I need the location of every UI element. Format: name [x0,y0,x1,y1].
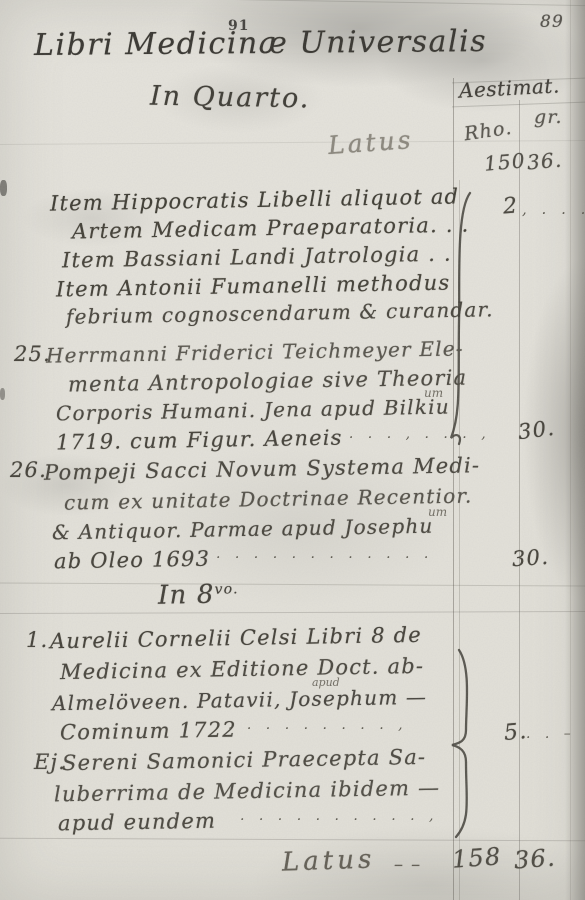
dotted-leader: . . . . , . . . , [330,426,491,442]
entry-line: Item Antonii Fumanelli methodus [56,271,451,302]
entry-line: Pompeji Sacci Novum Systema Medi- [44,453,481,485]
page-total-gr: 36. [513,844,557,875]
carried-over-label: Latus [327,125,414,160]
rule-footer [0,838,585,842]
superscript-abbreviation: um [428,505,447,519]
entry-line: Aurelii Cornelii Celsi Libri 8 de [50,623,422,653]
grouping-brace [448,648,480,840]
entry-number: 26. [10,458,47,482]
section-heading-octavo-sup: vo. [214,581,238,597]
rule-octavo-bottom [0,611,585,614]
page-title: Libri Medicinæ Universalis [34,24,487,63]
entry-line: febrium cognoscendarum & curandar. [66,297,494,328]
rule-octavo-top [0,582,585,586]
entry-line: Almelöveen. Patavii, Josephum — [52,685,428,716]
entry-line: cum ex unitate Doctrinae Recentior. [64,483,473,514]
page-total-rthlr: 158 [451,842,502,873]
price-rthlr-value: 2 [502,194,519,220]
entry-line: Artem Medicam Praeparatoria. . . [72,213,470,244]
dotted-leader: . . . . . . . . . , [228,717,408,733]
margin-ink-mark [0,388,5,400]
entry-line: Item Hippocratis Libelli aliquot ad [50,184,460,215]
dotted-leader: . . . . . . . . . . . . [216,546,433,562]
section-heading-octavo-base: In 8 [158,580,215,611]
entry-line: 1719. cum Figur. Aeneis [56,426,343,455]
estimat-column-header: Aestimat. [458,73,560,102]
entry-line: ab Oleo 1693 [54,547,211,574]
currency-subcolumn-divider [519,100,520,900]
price-gr-value: 30. [511,545,550,572]
entry-line: menta Antropologiae sive Theoria [68,366,468,397]
manuscript-page-scan: 91 89 Libri Medicinæ Universalis In Quar… [0,0,585,900]
entry-line: Herrmanni Friderici Teichmeyer Ele- [46,336,464,367]
price-gr-value: 30. [517,416,557,444]
entry-number: 1. [26,628,48,652]
entry-line: & Antiquor. Parmae apud Josephu [52,514,434,545]
rule-under-title [0,0,585,6]
entry-line: Item Bassiani Landi Jatrologia . . [62,242,452,273]
price-rthlr-value: 5. [503,719,528,746]
page-total-dashes: – – [394,854,421,875]
margin-ink-mark [0,180,7,196]
carried-over-rthlr: 150 [483,148,527,176]
entry-line: Sereni Samonici Praecepta Sa- [62,745,427,775]
entry-line: Cominum 1722 [60,717,237,744]
superscript-abbreviation: um [424,386,443,400]
dotted-leader: . . . . . . . . . . , [240,808,438,824]
section-heading-octavo: In 8vo. [158,579,239,610]
dotted-leader: . . – . . [526,726,585,742]
folio-number: 89 [540,12,564,32]
section-heading-quarto: In Quarto. [150,81,311,115]
grouping-brace [446,190,480,448]
currency-unit-groschen: gr. [534,106,563,128]
entry-line: apud eundem [58,809,216,836]
entry-line: Medicina ex Editione Doct. ab- [60,654,425,684]
page-edge-shadow [565,0,585,900]
entry-line: luberrima de Medicina ibidem — [54,776,441,807]
dotted-leader: , . . . . [522,200,585,218]
entry-line: Corporis Humani. Jena apud Bilkiu [56,395,450,426]
page-total-label: Latus [282,844,376,877]
carried-over-gr: 36. [526,148,563,175]
